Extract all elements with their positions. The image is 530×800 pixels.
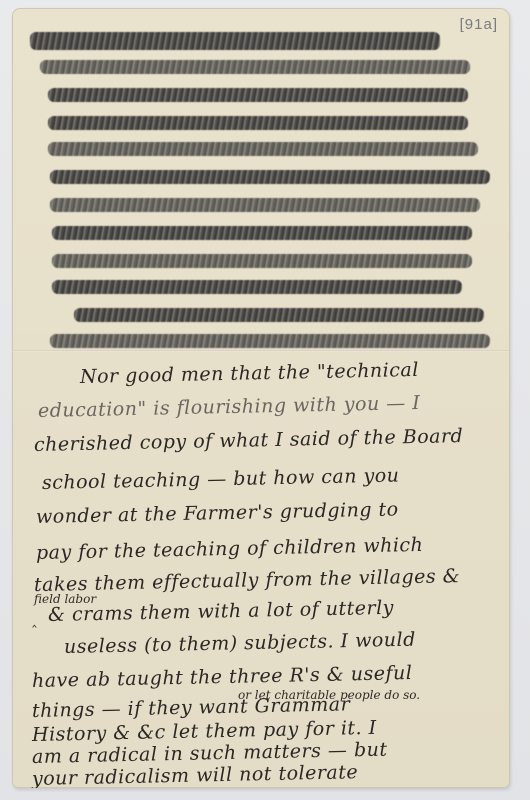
text-line: education" is flourishing with you — I: [38, 392, 421, 422]
text-line: school teaching — but how can you: [42, 465, 400, 494]
text-line: & crams them with a lot of utterly: [48, 597, 394, 626]
text-line: pay for the teaching of children which: [36, 534, 424, 564]
text-line: useless (to them) subjects. I would: [64, 629, 416, 658]
manuscript-page: [91a] Nor good men that the "technical e…: [12, 8, 510, 788]
text-line: Nor good men that the "technical: [80, 359, 419, 388]
text-line: cherished copy of what I said of the Boa…: [34, 425, 464, 456]
handwritten-body: Nor good men that the "technical educati…: [12, 8, 510, 788]
text-line: wonder at the Farmer's grudging to: [36, 498, 399, 528]
text-line: takes them effectually from the villages…: [34, 565, 461, 596]
insertion-caret: ‸: [32, 612, 37, 628]
document-viewer: [91a] Nor good men that the "technical e…: [0, 0, 530, 800]
